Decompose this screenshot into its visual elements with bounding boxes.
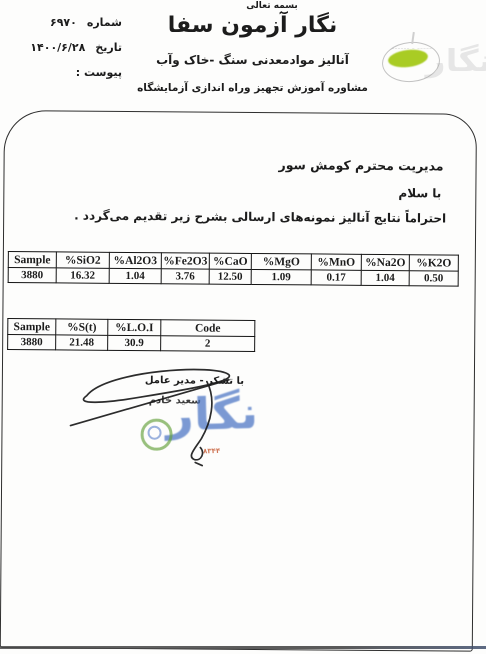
table-header-row: Sample %S(t) %L.O.I Code <box>8 319 255 337</box>
handwritten-signature-icon <box>56 349 317 481</box>
column-header: %S(t) <box>56 319 108 335</box>
column-header: %MgO <box>251 253 311 269</box>
date-label: تاریخ <box>95 41 122 54</box>
column-header: Sample <box>8 252 56 268</box>
column-header: %Al2O3 <box>109 252 161 268</box>
cell-value: 2 <box>161 336 255 352</box>
column-header: %MnO <box>311 254 361 270</box>
letter-body-frame: مدیریت محترم کومش سور با سلام احتراماً ن… <box>0 110 477 652</box>
cell-sample-id: 3880 <box>8 335 56 350</box>
number-value: ۶۹۷۰ <box>50 16 77 29</box>
column-header: %SiO2 <box>56 252 109 268</box>
column-header: Sample <box>8 319 56 335</box>
scan-edge-artifact <box>0 646 486 649</box>
scanned-letter-page: بسمه تعالی نگار آزمون سفا آنالیز موادمعد… <box>0 0 486 654</box>
bismillah-text: بسمه تعالی <box>232 1 312 11</box>
recipient-line: مدیریت محترم کومش سور <box>278 157 443 173</box>
company-logo-watermark: ______ _ _____ نگار <box>374 28 486 94</box>
cell-value: 3.76 <box>161 269 209 284</box>
logo-script-text: نگار <box>426 44 486 79</box>
column-header: %L.O.I <box>108 319 161 335</box>
date-value: ۱۴۰۰/۶/۲۸ <box>30 41 85 54</box>
secondary-results-table: Sample %S(t) %L.O.I Code 3880 21.48 30.9… <box>7 318 255 352</box>
cell-value: 1.04 <box>109 268 161 283</box>
company-subtitle: آنالیز موادمعدنی سنگ -خاک وآب <box>135 53 370 67</box>
services-line: مشاوره آموزش تجهیز وراه اندازی آزمایشگاه <box>110 82 395 94</box>
cell-value: 30.9 <box>108 335 161 350</box>
intro-line: احتراماً نتایج آنالیز نمونه‌های ارسالی ب… <box>74 209 446 226</box>
cell-value: 12.50 <box>209 269 251 284</box>
attachment-label: پیوست : <box>76 66 122 79</box>
table-row: 3880 21.48 30.9 2 <box>8 335 255 352</box>
cell-value: 1.04 <box>361 270 409 285</box>
column-header: %K2O <box>409 255 458 271</box>
cell-value: 0.17 <box>311 270 361 285</box>
attachment-row: پیوست : <box>12 66 122 79</box>
cell-value: 0.50 <box>409 271 458 286</box>
letter-meta-block: شماره ۶۹۷۰ تاریخ ۱۴۰۰/۶/۲۸ پیوست : <box>12 16 122 91</box>
salutation-line: با سلام <box>398 186 441 200</box>
column-header: Code <box>161 320 255 337</box>
oxide-results-table: Sample %SiO2 %Al2O3 %Fe2O3 %CaO %MgO %Mn… <box>8 251 459 287</box>
cell-value: 1.09 <box>251 269 311 284</box>
column-header: %Fe2O3 <box>161 253 209 269</box>
company-name: نگار آزمون سفا <box>140 13 365 38</box>
table-row: 3880 16.32 1.04 3.76 12.50 1.09 0.17 1.0… <box>8 268 458 287</box>
number-label: شماره <box>87 16 122 29</box>
letter-number-row: شماره ۶۹۷۰ <box>12 16 122 29</box>
cell-value: 21.48 <box>56 335 108 350</box>
cell-value: 16.32 <box>56 268 109 283</box>
column-header: %Na2O <box>361 254 409 270</box>
cell-sample-id: 3880 <box>8 268 56 283</box>
letter-date-row: تاریخ ۱۴۰۰/۶/۲۸ <box>12 41 122 54</box>
column-header: %CaO <box>209 253 251 269</box>
